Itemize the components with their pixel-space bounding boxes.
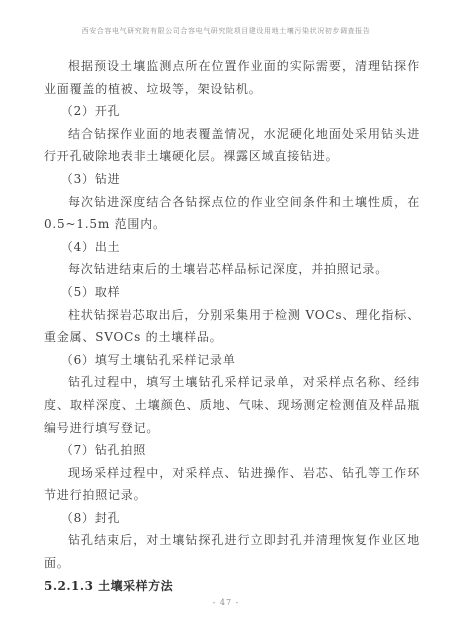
list-item-heading: （4）出土 xyxy=(44,236,420,259)
list-item-heading: （8）封孔 xyxy=(44,507,420,530)
paragraph: 结合钻探作业面的地表覆盖情况，水泥硬化地面处采用钻头进行开孔破除地表非土壤硬化层… xyxy=(44,123,420,168)
paragraph: 钻孔过程中，填写土壤钻孔采样记录单，对采样点名称、经纬度、取样深度、土壤颜色、质… xyxy=(44,371,420,439)
list-item-heading: （5）取样 xyxy=(44,281,420,304)
list-item-heading: （3）钻进 xyxy=(44,168,420,191)
list-item-heading: （2）开孔 xyxy=(44,100,420,123)
page-number: - 47 - xyxy=(0,598,452,607)
list-item-heading: （6）填写土壤钻孔采样记录单 xyxy=(44,349,420,372)
document-page: 西安合容电气研究院有限公司合容电气研究院项目建设用地土壤污染状况初步调查报告 根… xyxy=(0,0,452,639)
paragraph: 现场采样过程中，对采样点、钻进操作、岩芯、钻孔等工作环节进行拍照记录。 xyxy=(44,462,420,507)
section-heading: 5.2.1.3 土壤采样方法 xyxy=(44,575,420,598)
document-body: 根据预设土壤监测点所在位置作业面的实际需要，清理钻探作业面覆盖的植被、垃圾等，架… xyxy=(44,55,420,597)
paragraph: 钻孔结束后，对土壤钻探孔进行立即封孔并清理恢复作业区地面。 xyxy=(44,529,420,574)
paragraph: 每次钻进结束后的土壤岩芯样品标记深度，并拍照记录。 xyxy=(44,258,420,281)
paragraph: 根据预设土壤监测点所在位置作业面的实际需要，清理钻探作业面覆盖的植被、垃圾等，架… xyxy=(44,55,420,100)
paragraph: 每次钻进深度结合各钻探点位的作业空间条件和土壤性质，在 0.5~1.5m 范围内… xyxy=(44,191,420,236)
paragraph: 柱状钻探岩芯取出后，分别采集用于检测 VOCs、理化指标、重金属、SVOCs 的… xyxy=(44,304,420,349)
list-item-heading: （7）钻孔拍照 xyxy=(44,439,420,462)
page-header-title: 西安合容电气研究院有限公司合容电气研究院项目建设用地土壤污染状况初步调查报告 xyxy=(0,26,452,36)
